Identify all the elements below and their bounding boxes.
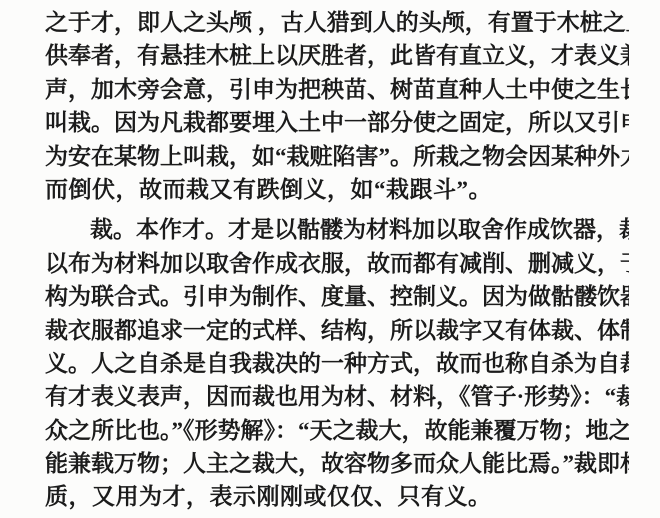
- text-line: 义。人之自杀是自我裁决的一种方式，故而也称自杀为自裁。裁: [45, 347, 629, 380]
- text-line: 而倒伏，故而栽又有跌倒义，如“栽跟斗”。: [45, 173, 629, 206]
- text-line: 构为联合式。引申为制作、度量、控制义。因为做骷髅饮器与剪: [45, 280, 629, 313]
- text-line: 以布为材料加以取舍作成衣服，故而都有减削、删减义，于字形结: [45, 247, 629, 280]
- text-line: 质，又用为才，表示刚刚或仅仅、只有义。: [45, 480, 629, 513]
- text-line: 裁。本作才。才是以骷髅为材料加以取舍作成饮器，裁是: [45, 213, 629, 246]
- text-line: 众之所比也。”《形势解》：“天之裁大，故能兼覆万物；地之裁大，故: [45, 414, 629, 447]
- text-line: 为安在某物上叫栽，如“栽赃陷害”。所栽之物会因某种外力: [45, 140, 629, 173]
- text-line: 供奉者，有悬挂木桩上以厌胜者，此皆有直立义，才表义兼表: [45, 39, 629, 72]
- text-line: 叫栽。因为凡栽都要埋入土中一部分使之固定，所以又引申: [45, 106, 629, 139]
- scanned-page: 之于才，即人之头颅 ，古人猎到人的头颅，有置于木桩之上以供奉者，有悬挂木桩上以厌…: [0, 0, 660, 518]
- text-line: 声，加木旁会意，引申为把秧苗、树苗直种人土中使之生长也: [45, 73, 629, 106]
- text-line: 之于才，即人之头颅 ，古人猎到人的头颅，有置于木桩之上以: [45, 6, 629, 39]
- text-block: 之于才，即人之头颅 ，古人猎到人的头颅，有置于木桩之上以供奉者，有悬挂木桩上以厌…: [45, 6, 629, 514]
- text-line: 能兼载万物；人主之裁大，故容物多而众人能比焉。”裁即材、材: [45, 447, 629, 480]
- text-line: 有才表义表声，因而裁也用为材、材料，《管子·形势》：“裁大者，: [45, 380, 629, 413]
- text-line: 裁衣服都追求一定的式样、结构，所以裁字又有体裁、体制、格式: [45, 314, 629, 347]
